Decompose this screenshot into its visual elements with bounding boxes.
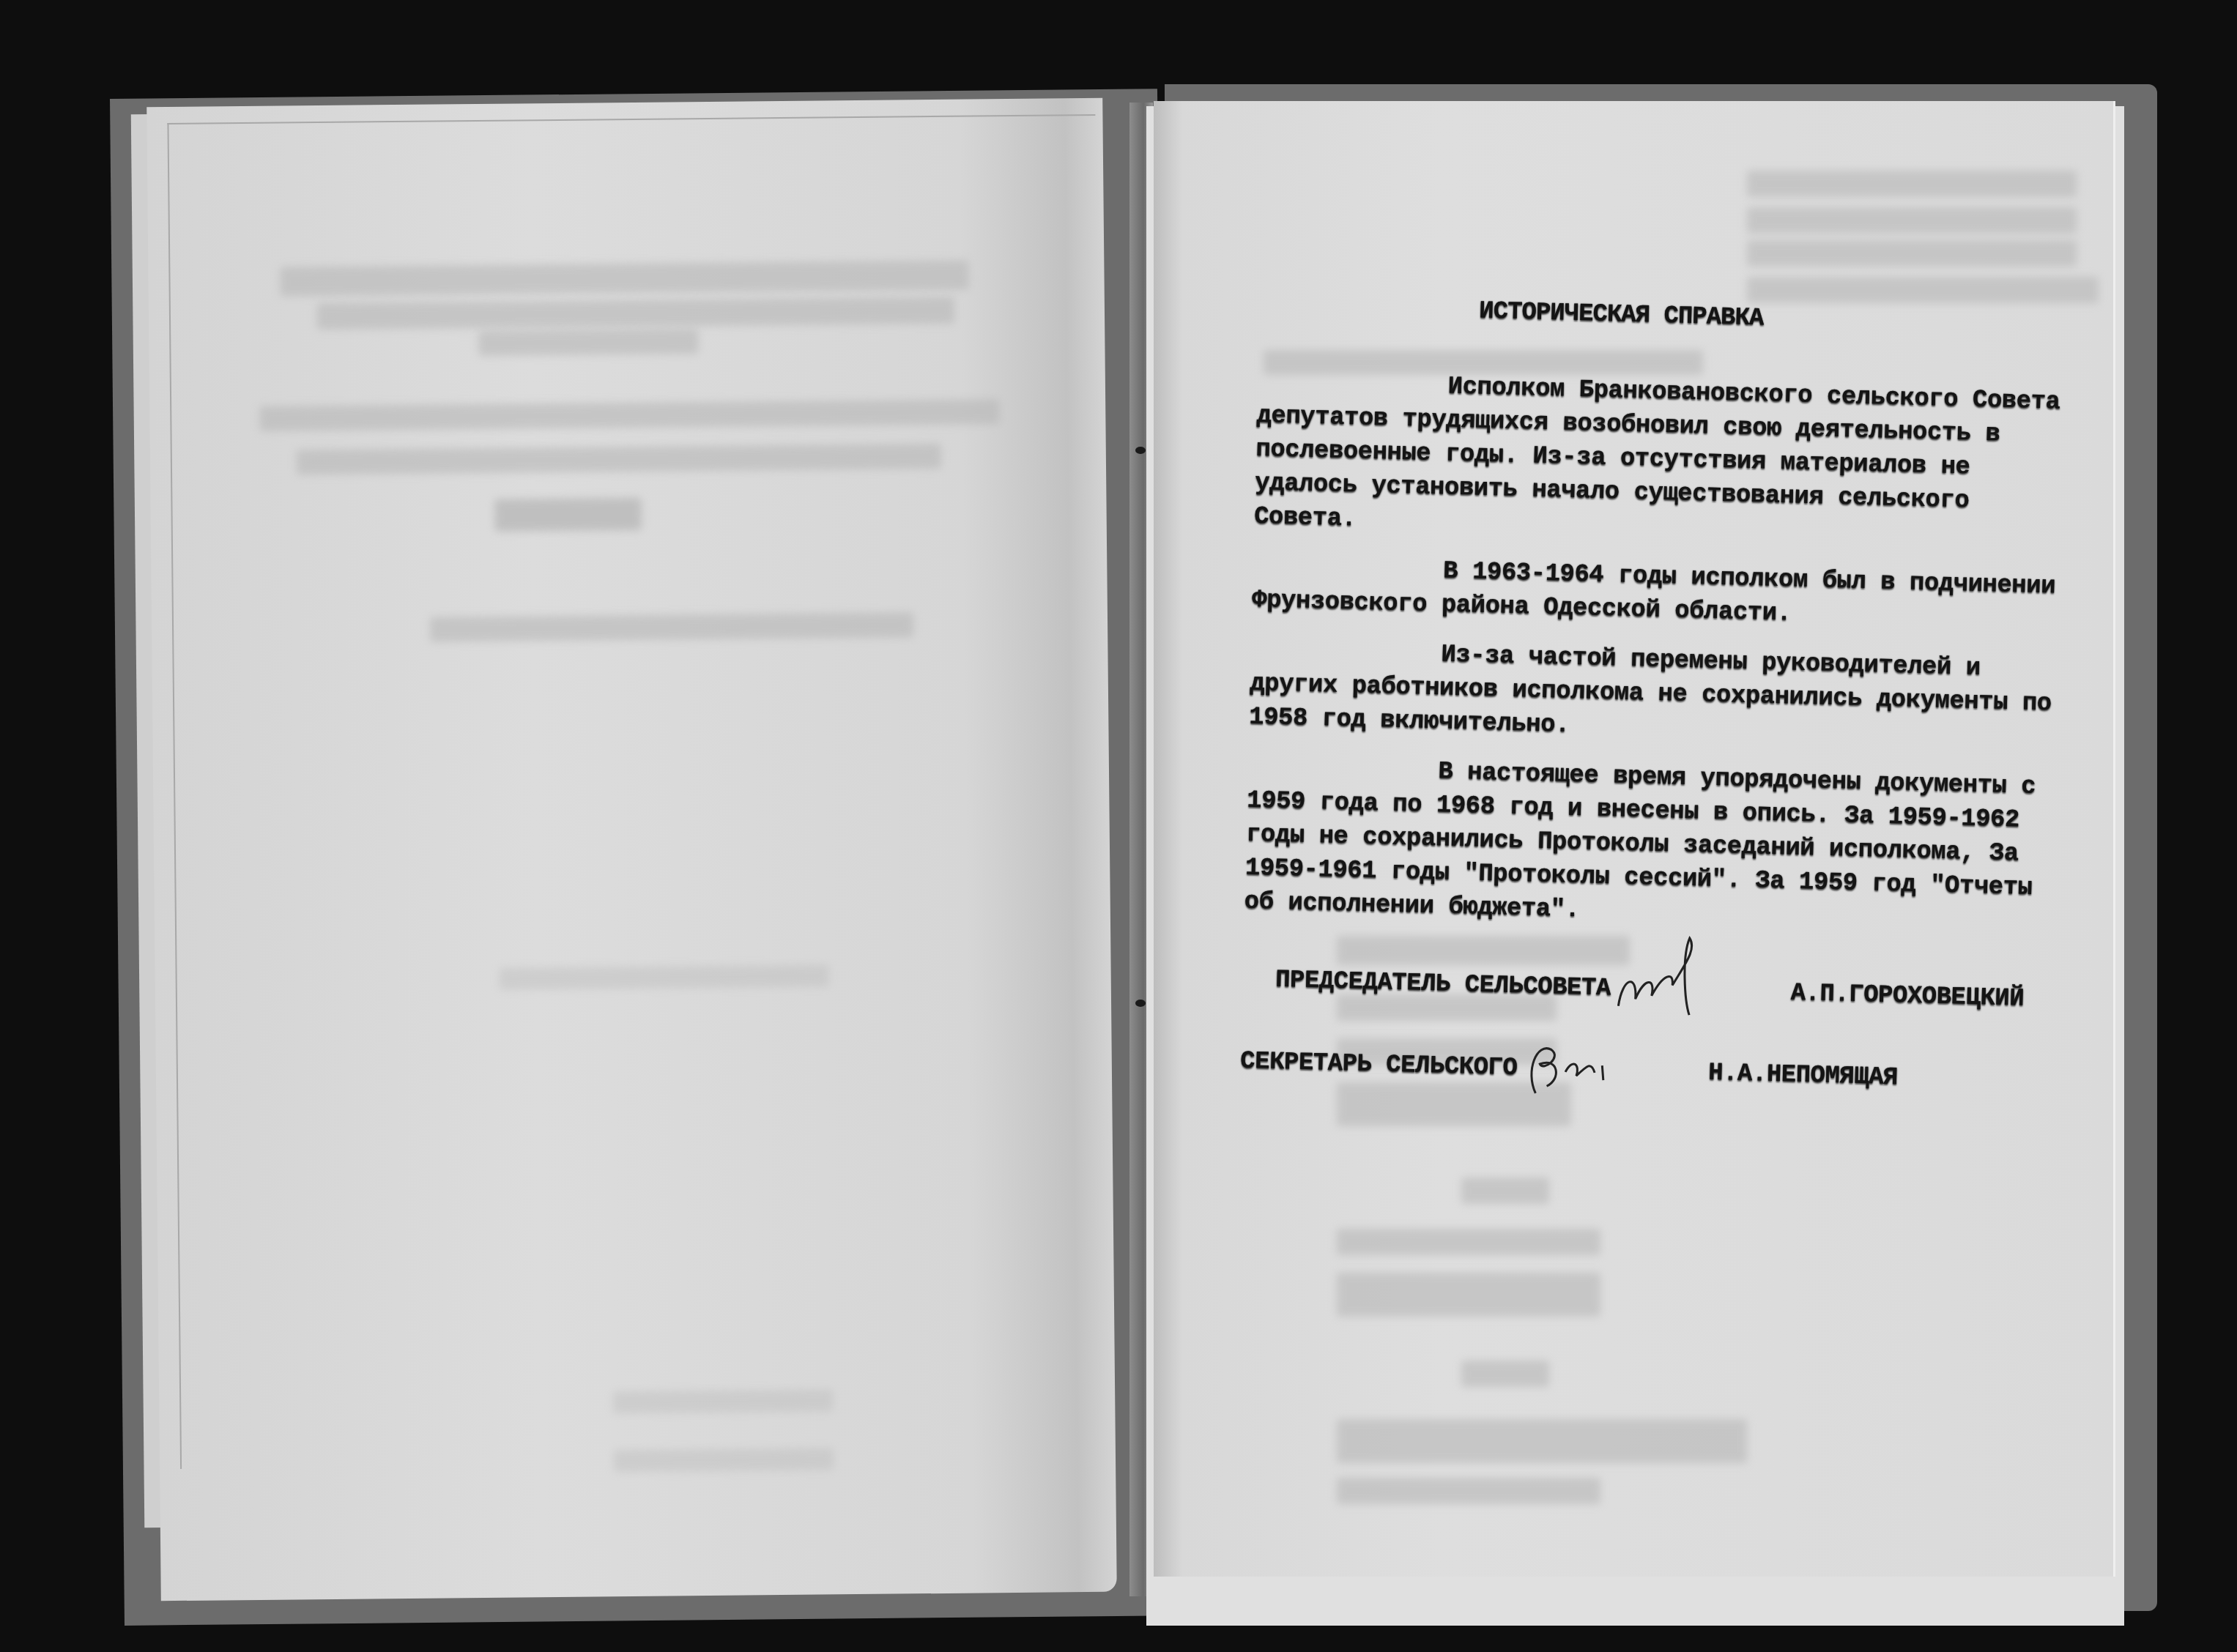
bleed-through-text	[1747, 277, 2099, 303]
binding-hole	[1135, 1000, 1146, 1007]
paragraph-2: В 1963-1964 годы исполком был в подчинен…	[1252, 550, 2081, 639]
bleed-through-text	[500, 964, 829, 989]
bleed-through-text	[1747, 240, 2077, 267]
bleed-through-text	[1747, 171, 2077, 197]
bleed-through-text	[1461, 1177, 1549, 1204]
bleed-through-text	[1461, 1361, 1549, 1387]
signatory-role: ПРЕДСЕДАТЕЛЬ СЕЛЬСОВЕТА	[1275, 964, 1611, 1006]
handwritten-signature	[1521, 1034, 1611, 1087]
binding-hole	[1135, 447, 1146, 454]
bleed-through-text	[1337, 1273, 1600, 1317]
bleed-through-text	[614, 1448, 834, 1472]
handwritten-signature	[1614, 955, 1704, 1008]
paragraph-3: Из-за частой перемены руководителей и др…	[1249, 633, 2079, 756]
bleed-through-text	[1337, 1419, 1747, 1463]
bleed-through-text	[613, 1389, 833, 1413]
historical-note: ИСТОРИЧЕСКАЯ СПРАВКА Исполком Бранковано…	[1239, 289, 2088, 1130]
bleed-through-text	[430, 612, 913, 641]
signatures-block: ПРЕДСЕДАТЕЛЬ СЕЛЬСОВЕТА А.П.ГОРОХОВЕЦКИЙ…	[1240, 945, 2071, 1100]
signatory-name: Н.А.НЕПОМЯЩАЯ	[1708, 1057, 1899, 1095]
bleed-through-text	[1747, 207, 2077, 234]
paragraph-1: Исполком Бранковановского сельского Сове…	[1254, 365, 2085, 555]
bleed-through-stamp	[494, 498, 641, 532]
signatory-role: СЕКРЕТАРЬ СЕЛЬСКОГО	[1240, 1045, 1518, 1086]
bleed-through-text	[1337, 1229, 1600, 1255]
paragraph-4: В настоящее время упорядочены документы …	[1244, 751, 2075, 940]
signature-row-chairman: ПРЕДСЕДАТЕЛЬ СЕЛЬСОВЕТА А.П.ГОРОХОВЕЦКИЙ	[1242, 945, 2071, 1018]
left-page	[146, 98, 1117, 1601]
signatory-name: А.П.ГОРОХОВЕЦКИЙ	[1790, 977, 2025, 1016]
bleed-through-text	[1337, 1478, 1600, 1504]
bleed-through-text	[478, 329, 698, 356]
signature-row-secretary: СЕКРЕТАРЬ СЕЛЬСКОГО Н.А.НЕПОМЯЩАЯ	[1240, 1027, 2069, 1100]
